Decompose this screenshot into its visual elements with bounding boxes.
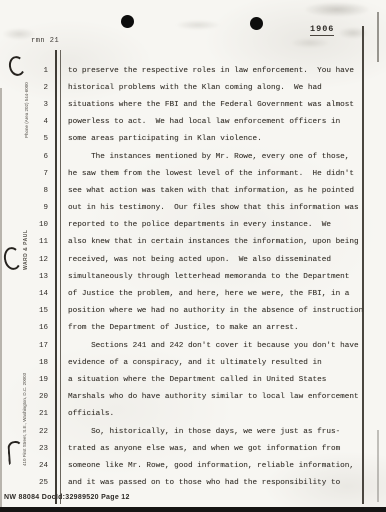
line-text: So, historically, in those days, we were… <box>68 428 340 436</box>
transcript-line: 14 of Justice the problem, and here, her… <box>0 285 386 302</box>
scan-edge-artifact <box>377 12 379 62</box>
line-number: 13 <box>0 273 48 281</box>
pencil-smudge <box>303 2 371 17</box>
line-text: also knew that in certain instances the … <box>68 238 359 246</box>
line-number: 23 <box>0 445 48 453</box>
line-number: 3 <box>0 101 48 109</box>
transcript-line: 16 from the Department of Justice, to ma… <box>0 320 386 337</box>
transcript-line: 22 So, historically, in those days, we w… <box>0 423 386 440</box>
line-number: 1 <box>0 67 48 75</box>
scan-edge-bottom <box>0 507 386 512</box>
line-text: a situation where the Department called … <box>68 376 326 384</box>
line-number: 19 <box>0 376 48 384</box>
transcript-line: 13 simultaneously through letterhead mem… <box>0 268 386 285</box>
line-number: 17 <box>0 342 48 350</box>
transcript-line: 6 The instances mentioned by Mr. Rowe, e… <box>0 148 386 165</box>
pencil-smudge <box>175 20 221 30</box>
transcript-line: 25 and it was passed on to those who had… <box>0 475 386 492</box>
line-number: 15 <box>0 307 48 315</box>
transcript-line: 11 also knew that in certain instances t… <box>0 234 386 251</box>
line-text: received, was not being acted upon. We a… <box>68 256 331 264</box>
line-text: some areas participating in Klan violenc… <box>68 135 262 143</box>
transcript-line: 21 officials. <box>0 406 386 423</box>
line-text: situations where the FBI and the Federal… <box>68 101 354 109</box>
line-text: he saw them from the lowest level of the… <box>68 170 354 178</box>
line-text: from the Department of Justice, to make … <box>68 324 299 332</box>
document-footer: NW 88084 DocId:32989520 Page 12 <box>4 494 130 501</box>
transcript-lines: 1 to preserve the respective roles in la… <box>0 62 386 492</box>
pencil-smudge <box>290 38 330 48</box>
line-number: 6 <box>0 153 48 161</box>
reporter-stamp: rmn 21 <box>31 37 59 45</box>
transcript-line: 10 reported to the police departments in… <box>0 217 386 234</box>
line-text: officials. <box>68 410 114 418</box>
transcript-line: 24 someone like Mr. Rowe, good informati… <box>0 457 386 474</box>
line-text: out in his testimony. Our files show tha… <box>68 204 359 212</box>
line-number: 2 <box>0 84 48 92</box>
hole-punch-dot <box>250 17 263 30</box>
transcript-line: 5 some areas participating in Klan viole… <box>0 131 386 148</box>
transcript-line: 15 position where we had no authority in… <box>0 303 386 320</box>
line-number: 22 <box>0 428 48 436</box>
transcript-line: 12 received, was not being acted upon. W… <box>0 251 386 268</box>
line-text: evidence of a conspiracy, and it ultimat… <box>68 359 322 367</box>
line-text: see what action was taken with that info… <box>68 187 354 195</box>
line-text: powerless to act. We had local law enfor… <box>68 118 340 126</box>
line-text: someone like Mr. Rowe, good information,… <box>68 462 354 470</box>
transcript-line: 9 out in his testimony. Our files show t… <box>0 200 386 217</box>
line-text: position where we had no authority in th… <box>68 307 363 315</box>
line-number: 11 <box>0 238 48 246</box>
line-text: historical problems with the Klan coming… <box>68 84 322 92</box>
line-number: 7 <box>0 170 48 178</box>
line-text: to preserve the respective roles in law … <box>68 67 354 75</box>
transcript-line: 4 powerless to act. We had local law enf… <box>0 114 386 131</box>
line-number: 20 <box>0 393 48 401</box>
line-number: 8 <box>0 187 48 195</box>
transcript-line: 7 he saw them from the lowest level of t… <box>0 165 386 182</box>
transcript-line: 20 Marshals who do have authority simila… <box>0 389 386 406</box>
line-number: 5 <box>0 135 48 143</box>
transcript-line: 17 Sections 241 and 242 don't cover it b… <box>0 337 386 354</box>
transcript-line: 1 to preserve the respective roles in la… <box>0 62 386 79</box>
line-number: 14 <box>0 290 48 298</box>
line-text: reported to the police departments in ev… <box>68 221 331 229</box>
line-text: and it was passed on to those who had th… <box>68 479 340 487</box>
line-number: 12 <box>0 256 48 264</box>
line-number: 9 <box>0 204 48 212</box>
page-number: 1906 <box>310 24 334 36</box>
transcript-line: 19 a situation where the Department call… <box>0 371 386 388</box>
transcript-line: 8 see what action was taken with that in… <box>0 182 386 199</box>
transcript-line: 2 historical problems with the Klan comi… <box>0 79 386 96</box>
line-text: trated as anyone else was, and when we g… <box>68 445 340 453</box>
line-text: The instances mentioned by Mr. Rowe, eve… <box>68 153 349 161</box>
transcript-line: 18 evidence of a conspiracy, and it ulti… <box>0 354 386 371</box>
line-number: 16 <box>0 324 48 332</box>
hole-punch-dot <box>121 15 134 28</box>
line-number: 25 <box>0 479 48 487</box>
scanned-transcript-page: 1906 rmn 21 Phone (Area 202) 544-6000 WA… <box>0 0 386 512</box>
line-number: 10 <box>0 221 48 229</box>
transcript-line: 3 situations where the FBI and the Feder… <box>0 96 386 113</box>
line-text: simultaneously through letterhead memora… <box>68 273 349 281</box>
line-number: 21 <box>0 410 48 418</box>
line-text: Marshals who do have authority similar t… <box>68 393 359 401</box>
line-number: 24 <box>0 462 48 470</box>
line-text: of Justice the problem, and here, here w… <box>68 290 349 298</box>
line-text: Sections 241 and 242 don't cover it beca… <box>68 342 359 350</box>
line-number: 4 <box>0 118 48 126</box>
transcript-line: 23 trated as anyone else was, and when w… <box>0 440 386 457</box>
line-number: 18 <box>0 359 48 367</box>
